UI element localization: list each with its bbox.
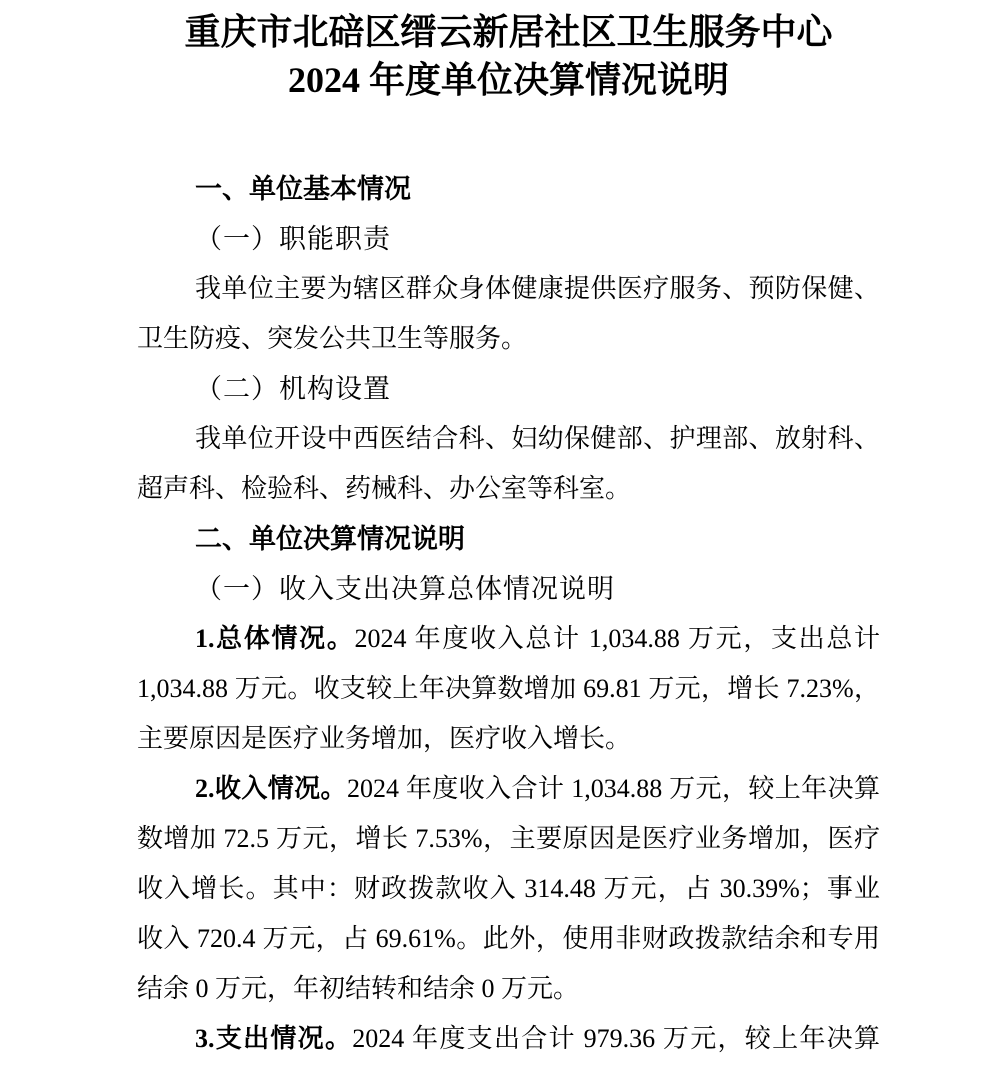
- paragraph-duties-line-2: 卫生防疫、突发公共卫生等服务。: [137, 314, 880, 364]
- run-income-text: 2024 年度收入合计 1,034.88 万元，较上年决算: [347, 774, 880, 803]
- run-expenditure-text: 2024 年度支出合计 979.36 万元，较上年决算: [352, 1024, 880, 1053]
- paragraph-income-line-5: 结余 0 万元，年初结转和结余 0 万元。: [137, 964, 880, 1014]
- section-heading-basic-info: 一、单位基本情况: [137, 164, 880, 214]
- section-heading-final-accounts: 二、单位决算情况说明: [137, 514, 880, 564]
- paragraph-structure-line-2: 超声科、检验科、药械科、办公室等科室。: [137, 464, 880, 514]
- document-title: 重庆市北碚区缙云新居社区卫生服务中心 2024 年度单位决算情况说明: [137, 8, 880, 104]
- subsection-heading-structure: （二）机构设置: [137, 364, 880, 414]
- run-overall-text: 2024 年度收入总计 1,034.88 万元，支出总计: [355, 624, 880, 653]
- paragraph-income-line-1: 2.收入情况。2024 年度收入合计 1,034.88 万元，较上年决算: [137, 764, 880, 814]
- paragraph-overall-line-2: 1,034.88 万元。收支较上年决算数增加 69.81 万元，增长 7.23%…: [137, 664, 880, 714]
- run-income-label: 2.收入情况。: [195, 774, 347, 803]
- paragraph-income-line-4: 收入 720.4 万元，占 69.61%。此外，使用非财政拨款结余和专用: [137, 914, 880, 964]
- paragraph-duties-line-1: 我单位主要为辖区群众身体健康提供医疗服务、预防保健、: [137, 264, 880, 314]
- paragraph-structure-line-1: 我单位开设中西医结合科、妇幼保健部、护理部、放射科、: [137, 414, 880, 464]
- document-page: 重庆市北碚区缙云新居社区卫生服务中心 2024 年度单位决算情况说明 一、单位基…: [0, 0, 1000, 1069]
- paragraph-expenditure-line-1: 3.支出情况。2024 年度支出合计 979.36 万元，较上年决算: [137, 1014, 880, 1064]
- paragraph-overall-line-3: 主要原因是医疗业务增加，医疗收入增长。: [137, 714, 880, 764]
- title-line-1: 重庆市北碚区缙云新居社区卫生服务中心: [137, 8, 880, 56]
- paragraph-income-line-2: 数增加 72.5 万元，增长 7.53%，主要原因是医疗业务增加，医疗: [137, 814, 880, 864]
- run-overall-label: 1.总体情况。: [195, 624, 355, 653]
- title-line-2: 2024 年度单位决算情况说明: [137, 56, 880, 104]
- paragraph-income-line-3: 收入增长。其中：财政拨款收入 314.48 万元，占 30.39%；事业: [137, 864, 880, 914]
- subsection-heading-overview: （一）收入支出决算总体情况说明: [137, 564, 880, 614]
- subsection-heading-duties: （一）职能职责: [137, 214, 880, 264]
- run-expenditure-label: 3.支出情况。: [195, 1024, 352, 1053]
- paragraph-overall-line-1: 1.总体情况。2024 年度收入总计 1,034.88 万元，支出总计: [137, 614, 880, 664]
- document-body: 一、单位基本情况 （一）职能职责 我单位主要为辖区群众身体健康提供医疗服务、预防…: [137, 164, 880, 1064]
